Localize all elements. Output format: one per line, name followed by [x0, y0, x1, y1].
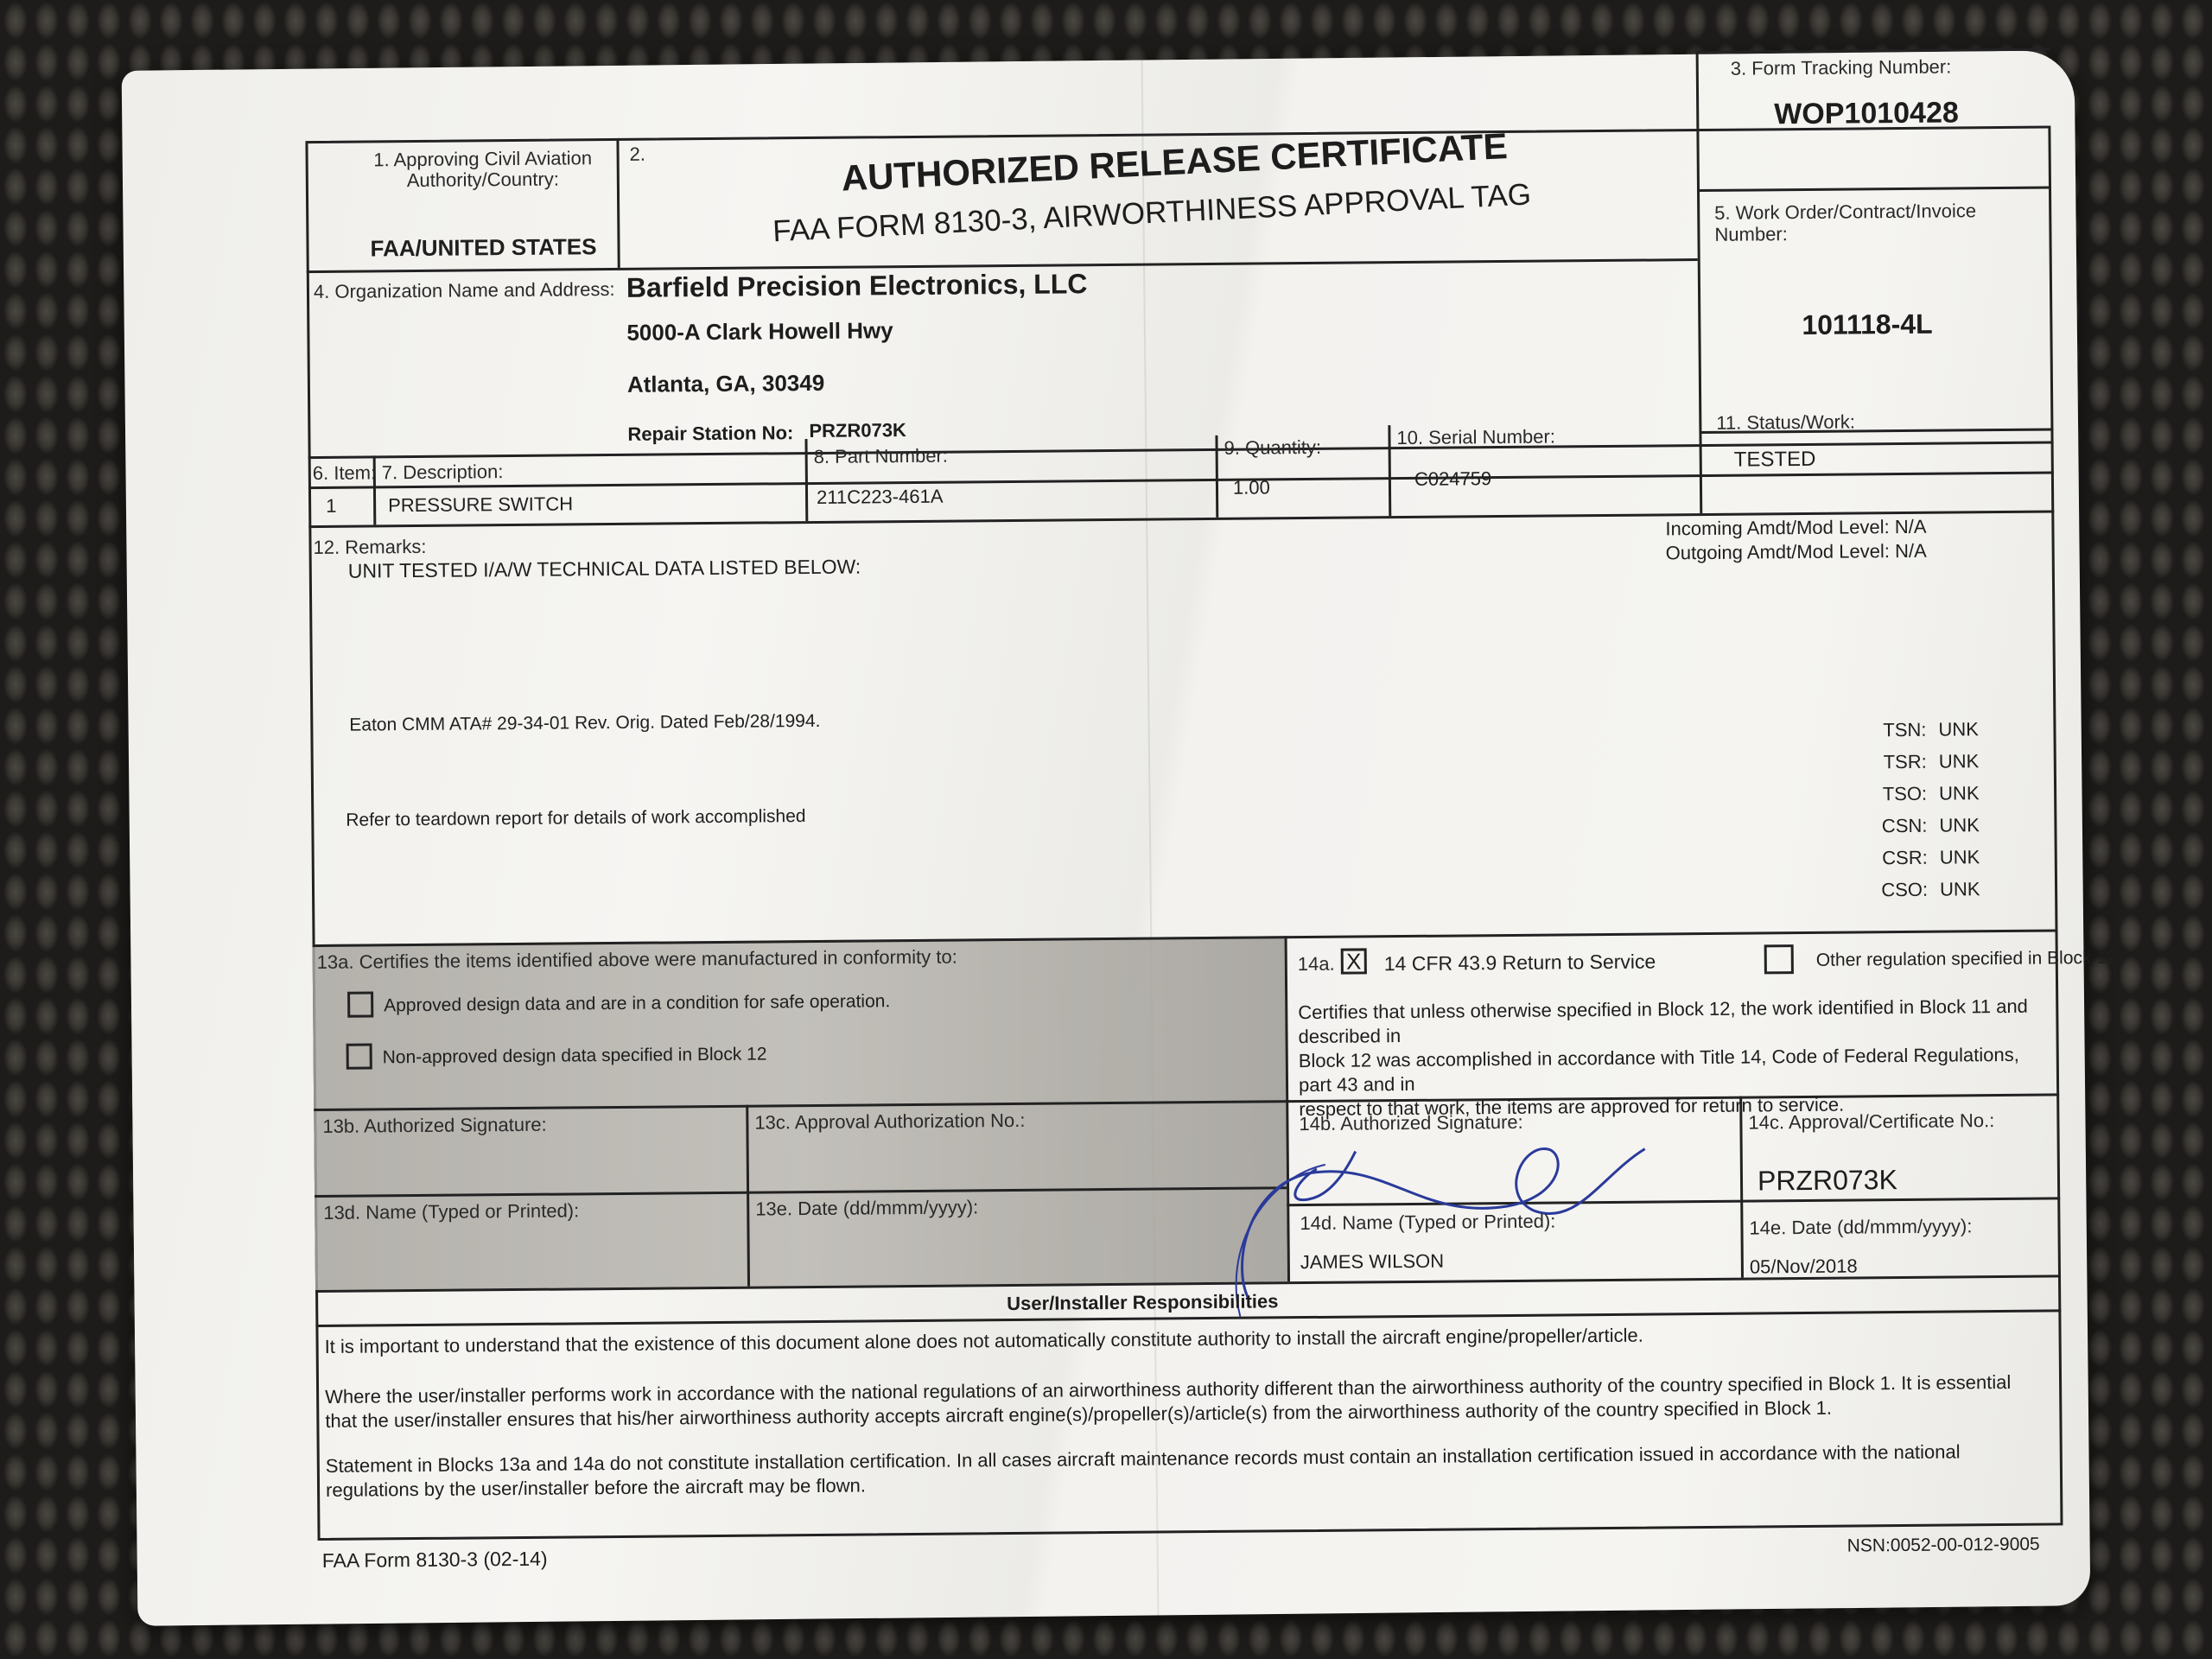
block-14c-label: 14c. Approval/Certificate No.:	[1748, 1109, 1994, 1134]
remarks-line-2: Eaton CMM ATA# 29-34-01 Rev. Orig. Dated…	[349, 711, 820, 736]
organization-address-2: Atlanta, GA, 30349	[627, 370, 825, 398]
checkbox-14a-return-to-service-label: 14 CFR 43.9 Return to Service	[1384, 950, 1656, 976]
time-cycle-row: TSR:UNK	[1858, 750, 2005, 773]
time-cycle-value: UNK	[1938, 718, 1979, 740]
block-14e-label: 14e. Date (dd/mmm/yyyy):	[1749, 1215, 1972, 1239]
checkbox-14a-other-regulation[interactable]	[1764, 944, 1794, 974]
block-14e-value: 05/Nov/2018	[1750, 1255, 1858, 1278]
block-13e-label: 13e. Date (dd/mmm/yyyy):	[755, 1196, 978, 1220]
time-cycle-value: UNK	[1940, 846, 1980, 868]
time-cycle-label: TSN:	[1857, 719, 1926, 742]
block-14c-value: PRZR073K	[1758, 1164, 1897, 1197]
time-cycle-row: TSO:UNK	[1858, 782, 2005, 805]
block-5-value: 101118-4L	[1802, 308, 1933, 341]
time-cycle-label: CSO:	[1859, 879, 1928, 902]
header-status: 11. Status/Work:	[1716, 410, 1855, 434]
cert-text-line-2: Block 12 was accomplished in accordance …	[1299, 1043, 2050, 1098]
checkbox-13a-non-approved-label: Non-approved design data specified in Bl…	[383, 1044, 767, 1068]
time-cycle-value: UNK	[1939, 782, 1980, 804]
time-cycle-label: CSN:	[1858, 815, 1927, 838]
block-1-value: FAA/UNITED STATES	[353, 233, 613, 263]
cell-description: PRESSURE SWITCH	[388, 493, 573, 517]
header-item: 6. Item:	[313, 461, 377, 485]
remarks-line-3: Refer to teardown report for details of …	[346, 806, 805, 831]
repair-station-label: Repair Station No:	[627, 422, 793, 446]
organization-name: Barfield Precision Electronics, LLC	[626, 268, 1088, 304]
block-12-label: 12. Remarks:	[313, 536, 426, 559]
block-2-label: 2.	[629, 143, 645, 166]
cell-quantity: 1.00	[1233, 476, 1270, 499]
block-3-label: 3. Form Tracking Number:	[1731, 55, 1952, 79]
header-serial-number: 10. Serial Number:	[1396, 425, 1555, 449]
block-13c-label: 13c. Approval Authorization No.:	[754, 1109, 1025, 1135]
form-revision-footer: FAA Form 8130-3 (02-14)	[322, 1548, 548, 1573]
checkbox-13a-approved[interactable]	[347, 991, 373, 1017]
organization-address-1: 5000-A Clark Howell Hwy	[626, 317, 893, 346]
outgoing-mod-level: Outgoing Amdt/Mod Level: N/A	[1666, 540, 1927, 565]
time-cycle-row: CSN:UNK	[1858, 814, 2005, 837]
block-13b-label: 13b. Authorized Signature:	[322, 1114, 547, 1138]
checkbox-13a-non-approved[interactable]	[346, 1043, 372, 1069]
cell-part-number: 211C223-461A	[817, 486, 944, 509]
time-cycle-value: UNK	[1939, 750, 1980, 772]
time-cycle-value: UNK	[1939, 814, 1980, 836]
block-14a-label: 14a.	[1298, 953, 1335, 976]
remarks-line-1: UNIT TESTED I/A/W TECHNICAL DATA LISTED …	[348, 556, 861, 583]
time-cycle-value: UNK	[1940, 878, 1980, 899]
header-description: 7. Description:	[382, 461, 504, 484]
checkbox-mark: X	[1346, 948, 1362, 975]
checkbox-13a-approved-label: Approved design data and are in a condit…	[384, 991, 890, 1016]
block-14a-certification-text: Certifies that unless otherwise specifie…	[1298, 995, 2050, 1122]
nsn-footer: NSN:0052-00-012-9005	[1847, 1535, 2040, 1557]
checkbox-14a-other-regulation-label: Other regulation specified in Block 12	[1816, 948, 2117, 971]
responsibilities-title: User/Installer Responsibilities	[1007, 1290, 1278, 1315]
block-14d-value: JAMES WILSON	[1300, 1250, 1444, 1274]
block-3-value: WOP1010428	[1774, 96, 1959, 131]
faa-form-8130-3: 1. Approving Civil Aviation Authority/Co…	[167, 48, 2055, 1525]
header-part-number: 8. Part Number:	[814, 445, 949, 468]
repair-station-value: PRZR073K	[809, 419, 906, 442]
time-cycle-row: TSN:UNK	[1857, 718, 2004, 741]
time-cycle-row: CSO:UNK	[1859, 878, 2005, 901]
block-5-label: 5. Work Order/Contract/Invoice	[1714, 200, 1976, 225]
block-14d-label: 14d. Name (Typed or Printed):	[1300, 1211, 1555, 1236]
cell-item: 1	[326, 495, 336, 518]
cert-text-line-1: Certifies that unless otherwise specifie…	[1298, 995, 2050, 1050]
time-cycle-label: CSR:	[1859, 847, 1928, 870]
time-cycle-label: TSR:	[1858, 751, 1927, 774]
header-quantity: 9. Quantity:	[1224, 436, 1321, 460]
block-13d-label: 13d. Name (Typed or Printed):	[323, 1199, 579, 1224]
time-cycle-row: CSR:UNK	[1859, 846, 2005, 869]
block-1-label-2: Authority/Country:	[353, 168, 613, 193]
block-5-label-2: Number:	[1714, 223, 1788, 246]
cell-serial-number: C024759	[1414, 467, 1492, 491]
block-4-label: 4. Organization Name and Address:	[314, 278, 615, 303]
cell-status: TESTED	[1734, 448, 1816, 473]
incoming-mod-level: Incoming Amdt/Mod Level: N/A	[1665, 516, 1926, 541]
time-cycle-label: TSO:	[1858, 783, 1927, 806]
checkbox-14a-return-to-service[interactable]: X	[1341, 948, 1367, 974]
